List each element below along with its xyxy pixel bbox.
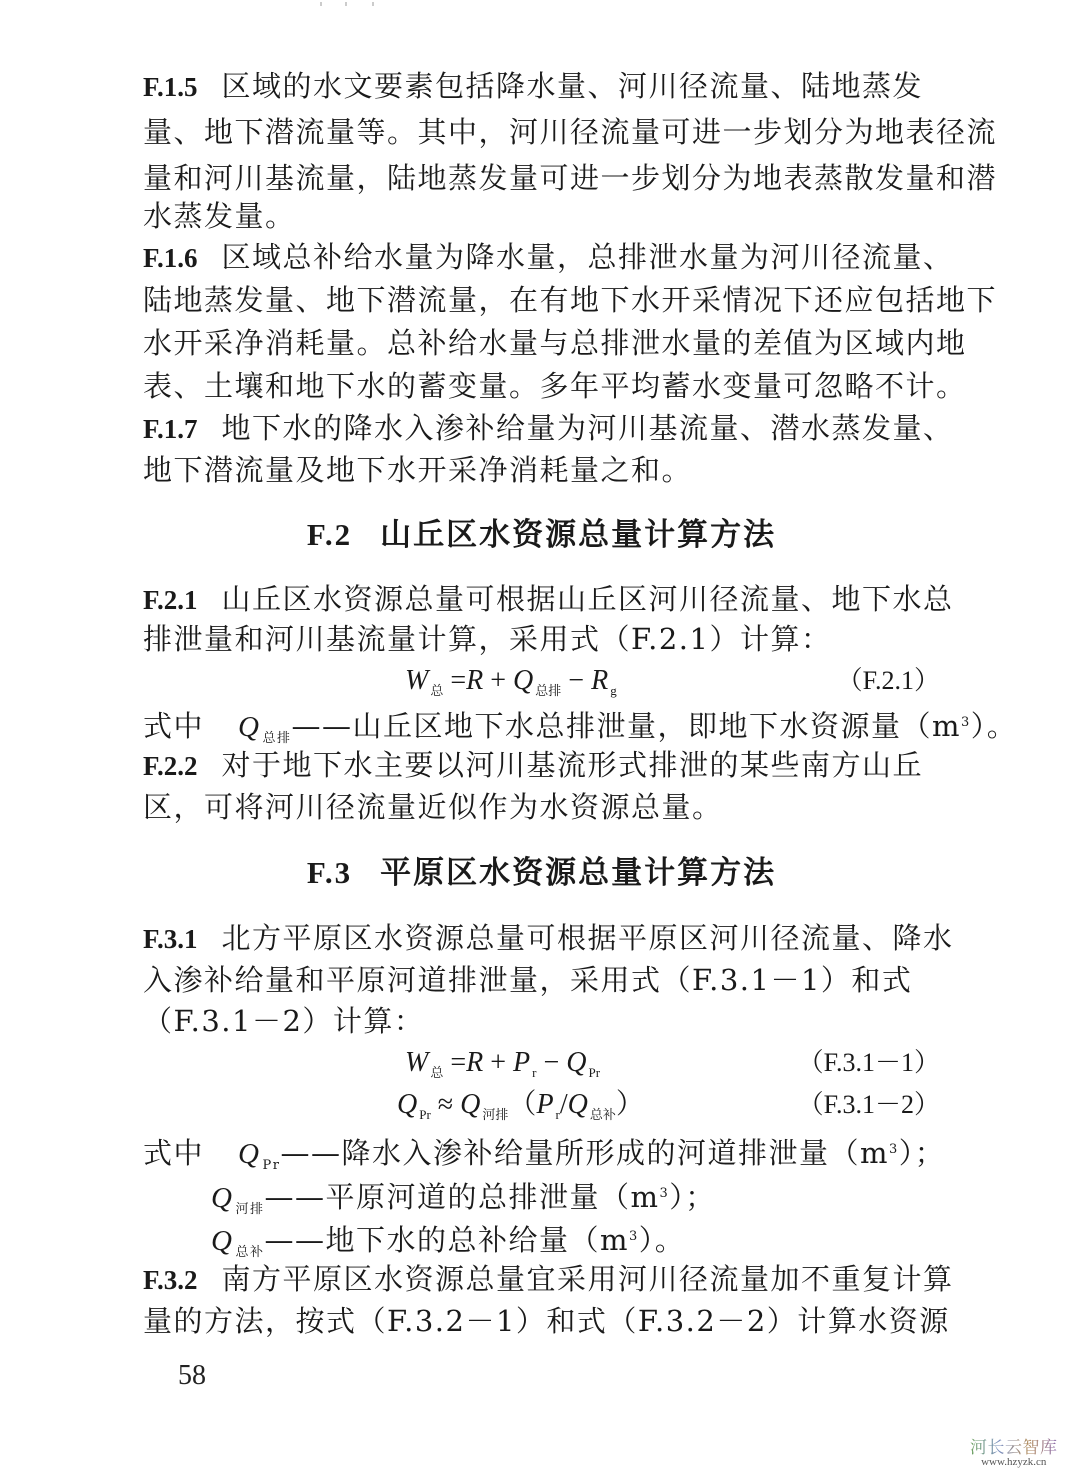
definition-tail: ）； <box>669 1180 716 1214</box>
symbol-w: W <box>405 1047 428 1078</box>
clause-text: 山丘区水资源总量可根据山丘区河川径流量、地下水总 <box>222 582 954 616</box>
clause-f17-line-2: 地下潜流量及地下水开采净消耗量之和。 <box>143 450 692 490</box>
operator: ≈ <box>438 1089 453 1120</box>
definition-text: 降水入渗补给量所形成的河道排泄量（m <box>341 1136 889 1170</box>
where-label: 式中 <box>143 1136 204 1170</box>
clause-text: 南方平原区水资源总量宜采用河川径流量加不重复计算 <box>222 1262 954 1296</box>
symbol-q: Q <box>568 1089 588 1120</box>
equation-number: （F.3.1－2） <box>798 1085 940 1125</box>
symbol-p: P <box>536 1089 553 1120</box>
definition-text: 地下水的总补给量（m <box>325 1223 629 1257</box>
subscript: 总排 <box>262 731 291 746</box>
operator: = <box>450 665 466 696</box>
superscript: 3 <box>629 1229 639 1244</box>
subscript: 总补 <box>235 1245 264 1260</box>
clause-f16-line-4: 表、土壤和地下水的蓄变量。多年平均蓄水变量可忽略不计。 <box>143 366 967 406</box>
heading-title: 平原区水资源总量计算方法 <box>380 855 776 891</box>
clause-f16-line-1: F.1.6区域总补给水量为降水量，总排泄水量为河川径流量、 <box>143 237 954 278</box>
symbol-w: W <box>405 665 428 696</box>
operator: − <box>568 665 584 696</box>
paren: （ <box>508 1089 536 1120</box>
symbol-r: R <box>466 1047 483 1078</box>
subscript: 总排 <box>535 683 561 698</box>
operator: + <box>490 665 506 696</box>
clause-f31-line-1: F.3.1北方平原区水资源总量可根据平原区河川径流量、降水 <box>143 918 954 959</box>
watermark: 河长云智库 www.hzyzk.cn <box>970 1433 1058 1468</box>
definition-text: 山丘区地下水总排泄量，即地下水资源量（m <box>352 709 961 743</box>
clause-f22-line-2: 区，可将河川径流量近似作为水资源总量。 <box>143 787 723 827</box>
equation-f312: QPr ≈ Q河排（Pr/Q总补） <box>397 1085 644 1135</box>
symbol-r: R <box>591 665 608 696</box>
symbol-q: Q <box>566 1047 586 1078</box>
section-heading-f2: F.2山丘区水资源总量计算方法 <box>143 515 940 555</box>
heading-title: 山丘区水资源总量计算方法 <box>380 517 776 553</box>
clause-number: F.3.2 <box>143 1265 198 1295</box>
clause-text: 北方平原区水资源总量可根据平原区河川径流量、降水 <box>222 921 954 955</box>
definition-text: 平原河道的总排泄量（m <box>325 1180 659 1214</box>
clause-number: F.1.6 <box>143 243 198 273</box>
symbol-q: Q <box>397 1089 417 1120</box>
clause-f31-line-2: 入渗补给量和平原河道排泄量，采用式（F.3.1－1）和式 <box>143 960 912 1000</box>
symbol-q: Q <box>211 1182 233 1214</box>
where-label: 式中 <box>143 709 204 743</box>
definition-tail: ）。 <box>971 709 1018 743</box>
equation-number: （F.3.1－1） <box>798 1043 940 1083</box>
clause-f31-line-3: （F.3.1－2）计算： <box>143 1001 424 1041</box>
subscript: 总 <box>430 1065 443 1080</box>
subscript: r <box>532 1065 536 1080</box>
heading-number: F.3 <box>307 855 352 890</box>
symbol-r: R <box>466 665 483 696</box>
subscript: 总 <box>430 683 443 698</box>
operator: / <box>560 1089 568 1120</box>
clause-f21-line-2: 排泄量和河川基流量计算，采用式（F.2.1）计算： <box>143 619 831 659</box>
watermark-url: www.hzyzk.cn <box>970 1456 1058 1468</box>
clause-text: 区域总补给水量为降水量，总排泄水量为河川径流量、 <box>222 240 954 274</box>
clause-number: F.2.1 <box>143 585 198 615</box>
clause-number: F.2.2 <box>143 751 198 781</box>
symbol-q: Q <box>238 1138 260 1170</box>
clause-f32-line-2: 量的方法，按式（F.3.2－1）和式（F.3.2－2）计算水资源 <box>143 1301 950 1341</box>
definition-tail: ）； <box>899 1136 946 1170</box>
operator: + <box>490 1047 506 1078</box>
clause-number: F.3.1 <box>143 924 198 954</box>
operator: − <box>544 1047 560 1078</box>
subscript: Pr <box>419 1107 431 1122</box>
equation-number: （F.2.1） <box>837 661 940 701</box>
dash: —— <box>280 1136 341 1170</box>
heading-number: F.2 <box>307 517 352 552</box>
clause-f22-line-1: F.2.2对于地下水主要以河川基流形式排泄的某些南方山丘 <box>143 745 923 786</box>
subscript: Pr <box>589 1065 601 1080</box>
operator: = <box>450 1047 466 1078</box>
clause-number: F.1.7 <box>143 414 198 444</box>
clause-f15-line-4: 水蒸发量。 <box>143 196 296 236</box>
symbol-q: Q <box>211 1225 233 1257</box>
clause-f15-line-2: 量、地下潜流量等。其中，河川径流量可进一步划分为地表径流 <box>143 112 997 152</box>
superscript: 3 <box>659 1186 669 1201</box>
subscript: Pr <box>262 1158 280 1173</box>
section-heading-f3: F.3平原区水资源总量计算方法 <box>143 853 940 893</box>
watermark-title: 河长云智库 <box>970 1433 1058 1458</box>
symbol-p: P <box>513 1047 530 1078</box>
clause-f32-line-1: F.3.2南方平原区水资源总量宜采用河川径流量加不重复计算 <box>143 1259 954 1300</box>
subscript: 河排 <box>235 1202 264 1217</box>
clause-f15-line-1: F.1.5区域的水文要素包括降水量、河川径流量、陆地蒸发 <box>143 66 923 107</box>
subscript: 总补 <box>590 1107 616 1122</box>
symbol-q: Q <box>460 1089 480 1120</box>
scan-specks <box>320 2 400 8</box>
superscript: 3 <box>961 715 971 730</box>
subscript: 河排 <box>482 1107 508 1122</box>
clause-number: F.1.5 <box>143 72 198 102</box>
clause-f16-line-2: 陆地蒸发量、地下潜流量，在有地下水开采情况下还应包括地下 <box>143 280 997 320</box>
definition-tail: ）。 <box>639 1223 686 1257</box>
symbol-q: Q <box>513 665 533 696</box>
subscript: g <box>610 683 617 698</box>
clause-text: 地下水的降水入渗补给量为河川基流量、潜水蒸发量、 <box>222 411 954 445</box>
clause-text: 区域的水文要素包括降水量、河川径流量、陆地蒸发 <box>222 69 924 103</box>
clause-f15-line-3: 量和河川基流量，陆地蒸发量可进一步划分为地表蒸散发量和潜 <box>143 158 997 198</box>
dash: —— <box>264 1180 325 1214</box>
dash: —— <box>291 709 352 743</box>
symbol-q: Q <box>238 711 260 743</box>
dash: —— <box>264 1223 325 1257</box>
superscript: 3 <box>889 1142 899 1157</box>
clause-f21-line-1: F.2.1山丘区水资源总量可根据山丘区河川径流量、地下水总 <box>143 579 954 620</box>
clause-f17-line-1: F.1.7地下水的降水入渗补给量为河川基流量、潜水蒸发量、 <box>143 408 954 449</box>
page-number: 58 <box>178 1360 206 1392</box>
clause-f16-line-3: 水开采净消耗量。总补给水量与总排泄水量的差值为区域内地 <box>143 323 967 363</box>
clause-text: 对于地下水主要以河川基流形式排泄的某些南方山丘 <box>222 748 924 782</box>
paren: ） <box>616 1089 644 1120</box>
